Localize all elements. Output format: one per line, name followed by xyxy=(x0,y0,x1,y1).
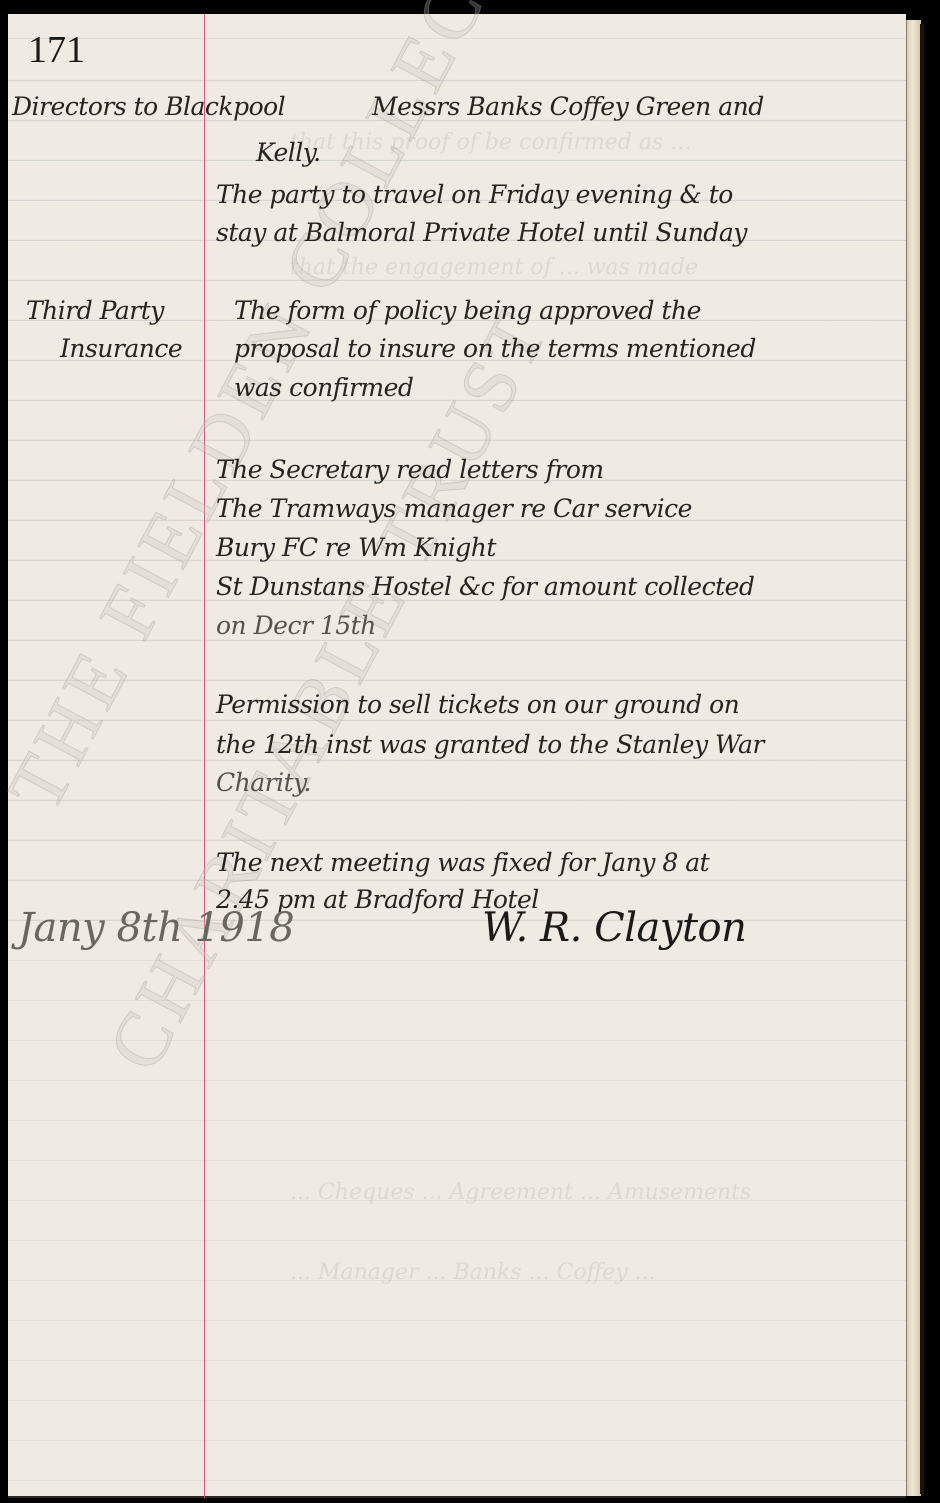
show-through-text: that the engagement of ... was made xyxy=(290,255,698,280)
margin-heading-directors: Directors to Blackpool xyxy=(12,92,285,121)
margin-line xyxy=(204,14,205,1498)
minute-line: Charity. xyxy=(216,768,311,797)
minute-line: stay at Balmoral Private Hotel until Sun… xyxy=(216,218,747,247)
date-note: Jany 8th 1918 xyxy=(18,905,294,951)
minute-line: the 12th inst was granted to the Stanley… xyxy=(216,730,764,759)
minute-line: The party to travel on Friday evening & … xyxy=(216,180,733,209)
minute-line: St Dunstans Hostel &c for amount collect… xyxy=(216,572,754,601)
book-spine-shadow xyxy=(920,24,924,1494)
minute-line: proposal to insure on the terms mentione… xyxy=(234,334,756,363)
page-number: 171 xyxy=(28,28,85,72)
margin-heading-insurance: Insurance xyxy=(60,334,182,363)
minute-line: The Tramways manager re Car service xyxy=(216,494,692,523)
minute-line: Kelly. xyxy=(256,138,321,167)
minute-line: The next meeting was fixed for Jany 8 at xyxy=(216,848,709,877)
minute-line: The Secretary read letters from xyxy=(216,455,604,484)
margin-heading-third-party: Third Party xyxy=(26,296,164,325)
minute-line: Messrs Banks Coffey Green and xyxy=(372,92,764,121)
minute-line: Bury FC re Wm Knight xyxy=(216,533,496,562)
page-edge xyxy=(906,20,921,1496)
minute-line: The form of policy being approved the xyxy=(234,296,701,325)
minute-line: on Decr 15th xyxy=(216,611,376,640)
show-through-text: ... Manager ... Banks ... Coffey ... xyxy=(290,1260,656,1285)
show-through-text: ... Cheques ... Agreement ... Amusements xyxy=(290,1180,751,1205)
minute-line: was confirmed xyxy=(234,373,413,402)
minute-line: Permission to sell tickets on our ground… xyxy=(216,690,739,719)
show-through-text: that this proof of be confirmed as ... xyxy=(290,130,691,155)
signature: W. R. Clayton xyxy=(482,905,746,951)
